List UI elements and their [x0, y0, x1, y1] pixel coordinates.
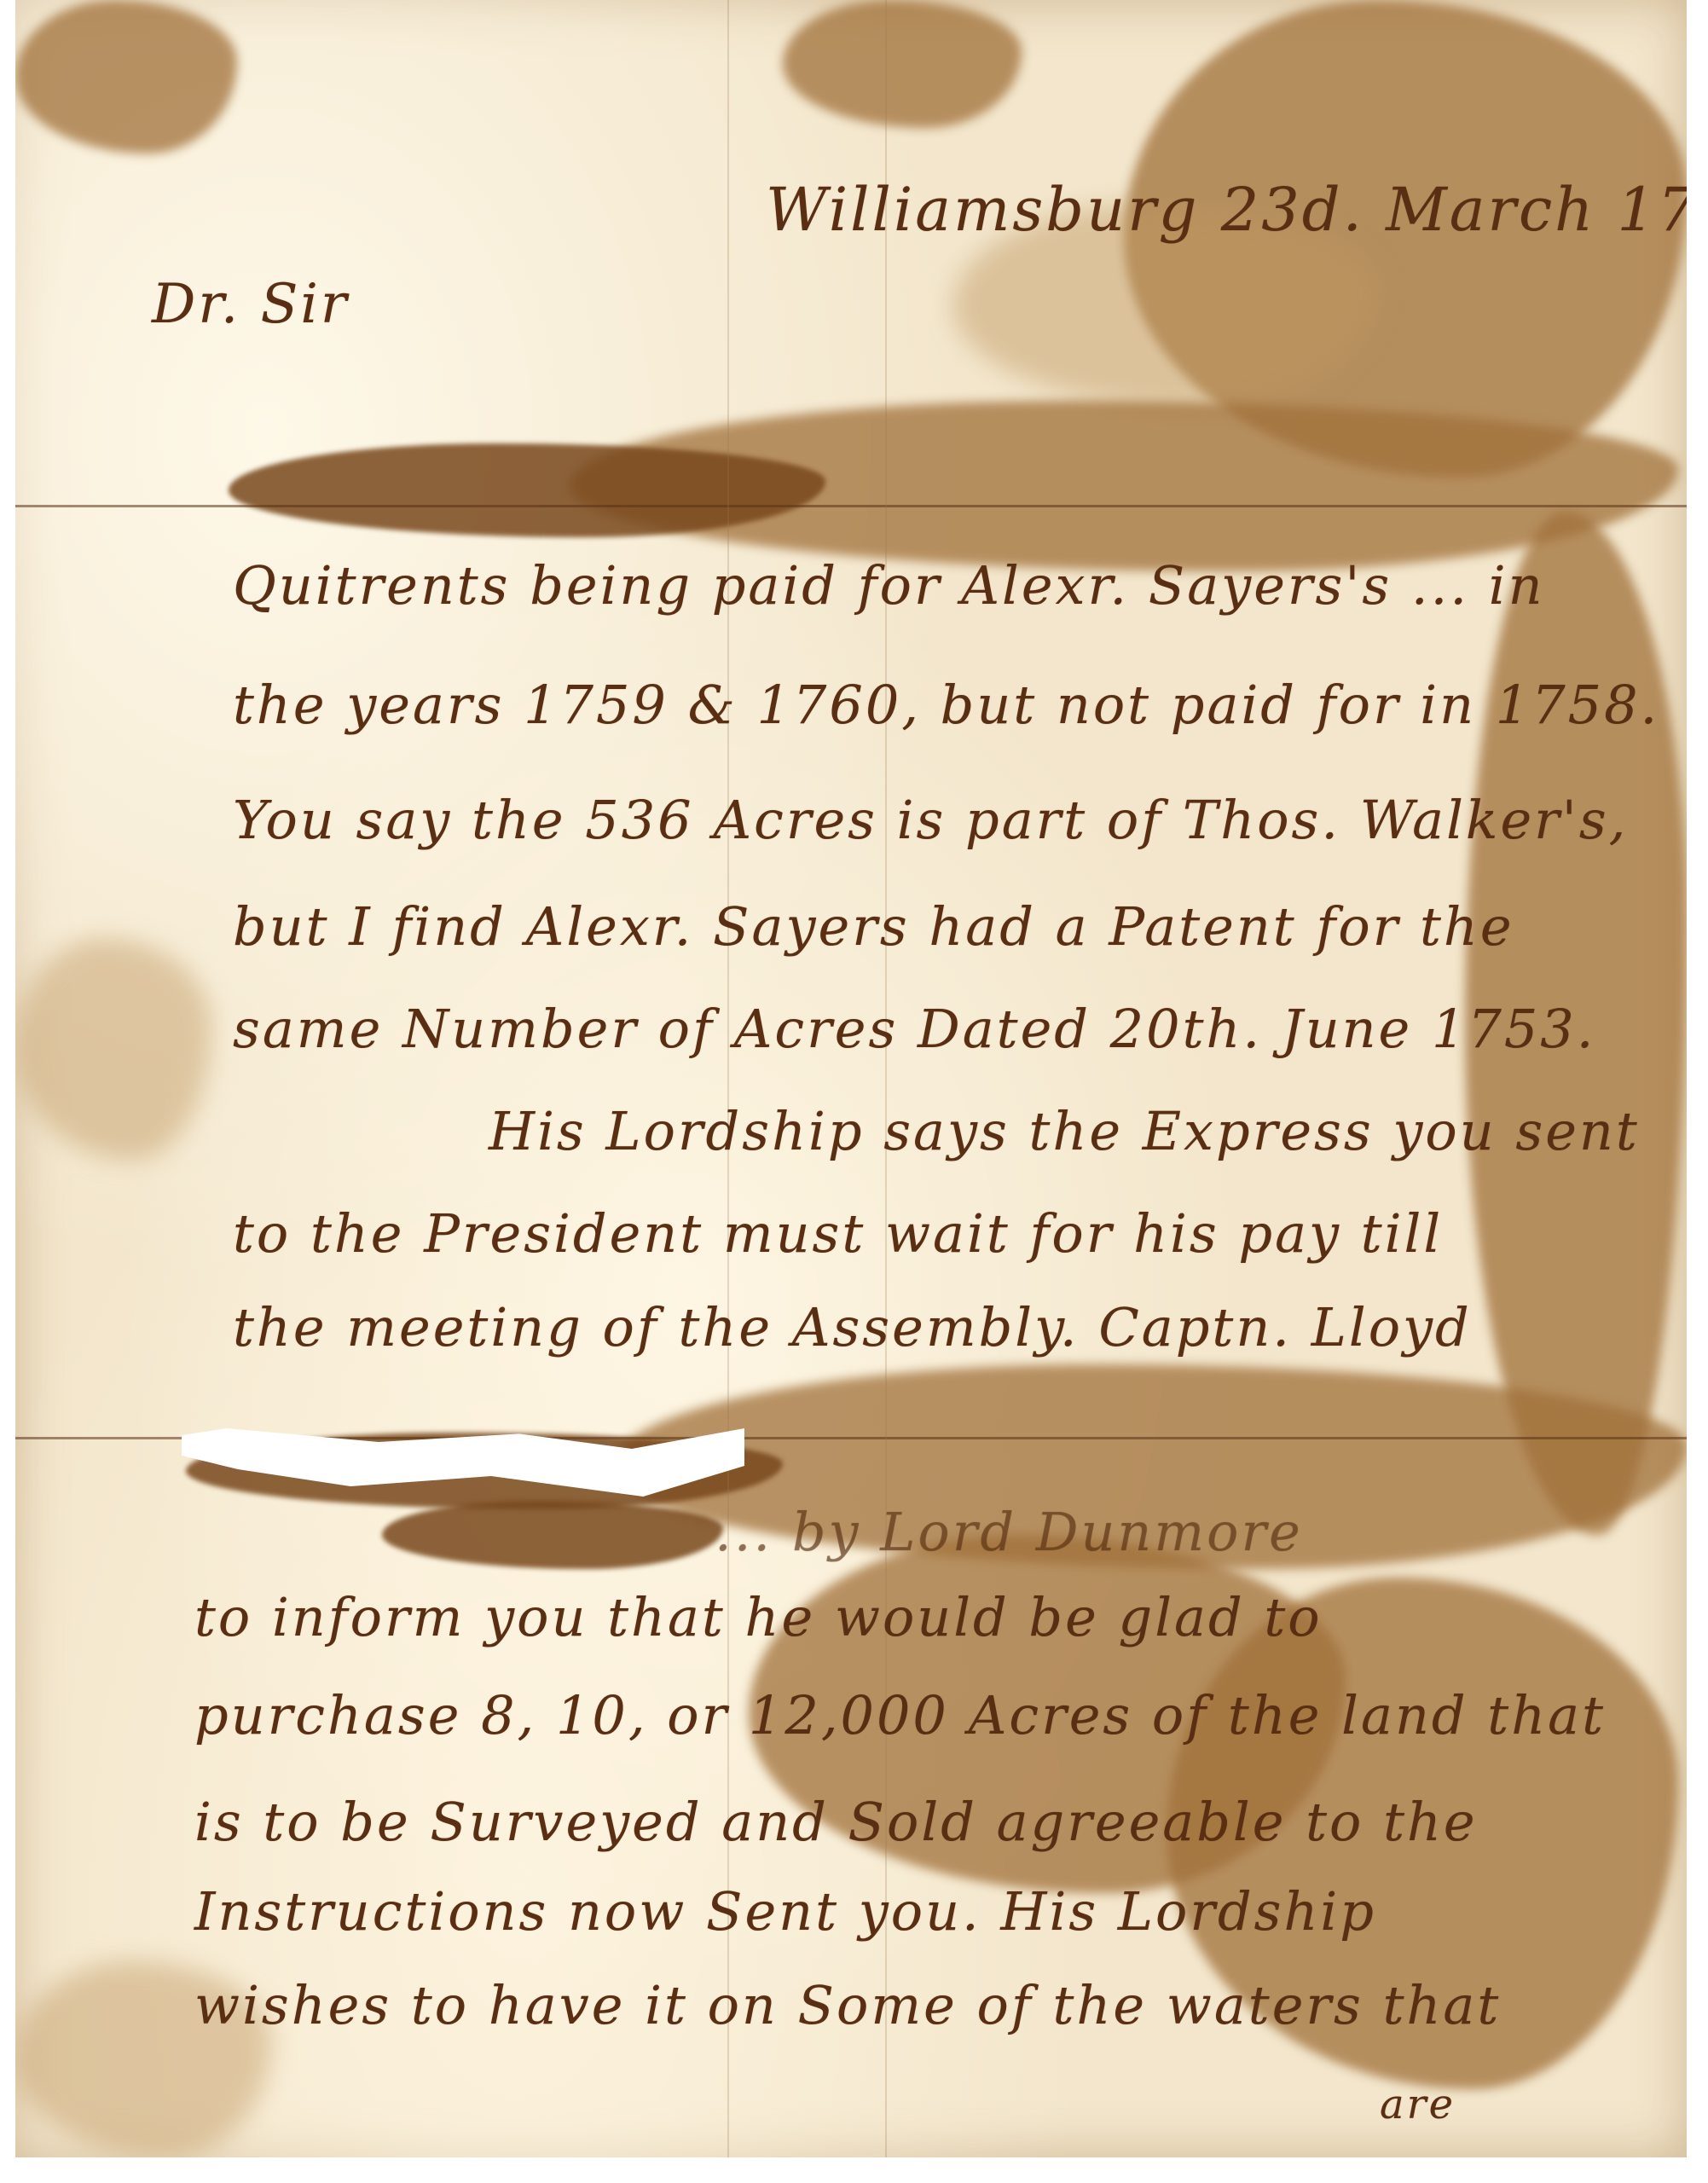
letter-dateline: Williamsburg 23d. March 1775: [766, 175, 1687, 245]
letter-line: to the President must wait for his pay t…: [233, 1202, 1443, 1265]
letter-line: but I find Alexr. Sayers had a Patent fo…: [233, 895, 1514, 958]
letter-line: the years 1759 & 1760, but not paid for …: [233, 674, 1659, 736]
letter-line: Quitrents being paid for Alexr. Sayers's…: [233, 554, 1545, 617]
letter-line: the meeting of the Assembly. Captn. Lloy…: [233, 1296, 1472, 1358]
letter-line: His Lordship says the Express you sent: [489, 1100, 1640, 1162]
letter-line: purchase 8, 10, or 12,000 Acres of the l…: [194, 1684, 1606, 1746]
letter-line: Instructions now Sent you. His Lordship: [194, 1880, 1376, 1943]
letter-line: ... by Lord Dunmore: [715, 1501, 1303, 1563]
letter-page: Williamsburg 23d. March 1775 Dr. Sir Qui…: [15, 0, 1687, 2157]
letter-line: to inform you that he would be glad to: [194, 1586, 1323, 1648]
letter-line: same Number of Acres Dated 20th. June 17…: [233, 998, 1595, 1060]
fold-crease: [15, 505, 1687, 507]
letter-salutation: Dr. Sir: [152, 273, 349, 336]
letter-line: is to be Surveyed and Sold agreeable to …: [194, 1791, 1478, 1853]
letter-line: are: [1380, 2081, 1456, 2128]
letter-line: You say the 536 Acres is part of Thos. W…: [233, 789, 1628, 851]
letter-line: wishes to have it on Some of the waters …: [194, 1974, 1501, 2036]
